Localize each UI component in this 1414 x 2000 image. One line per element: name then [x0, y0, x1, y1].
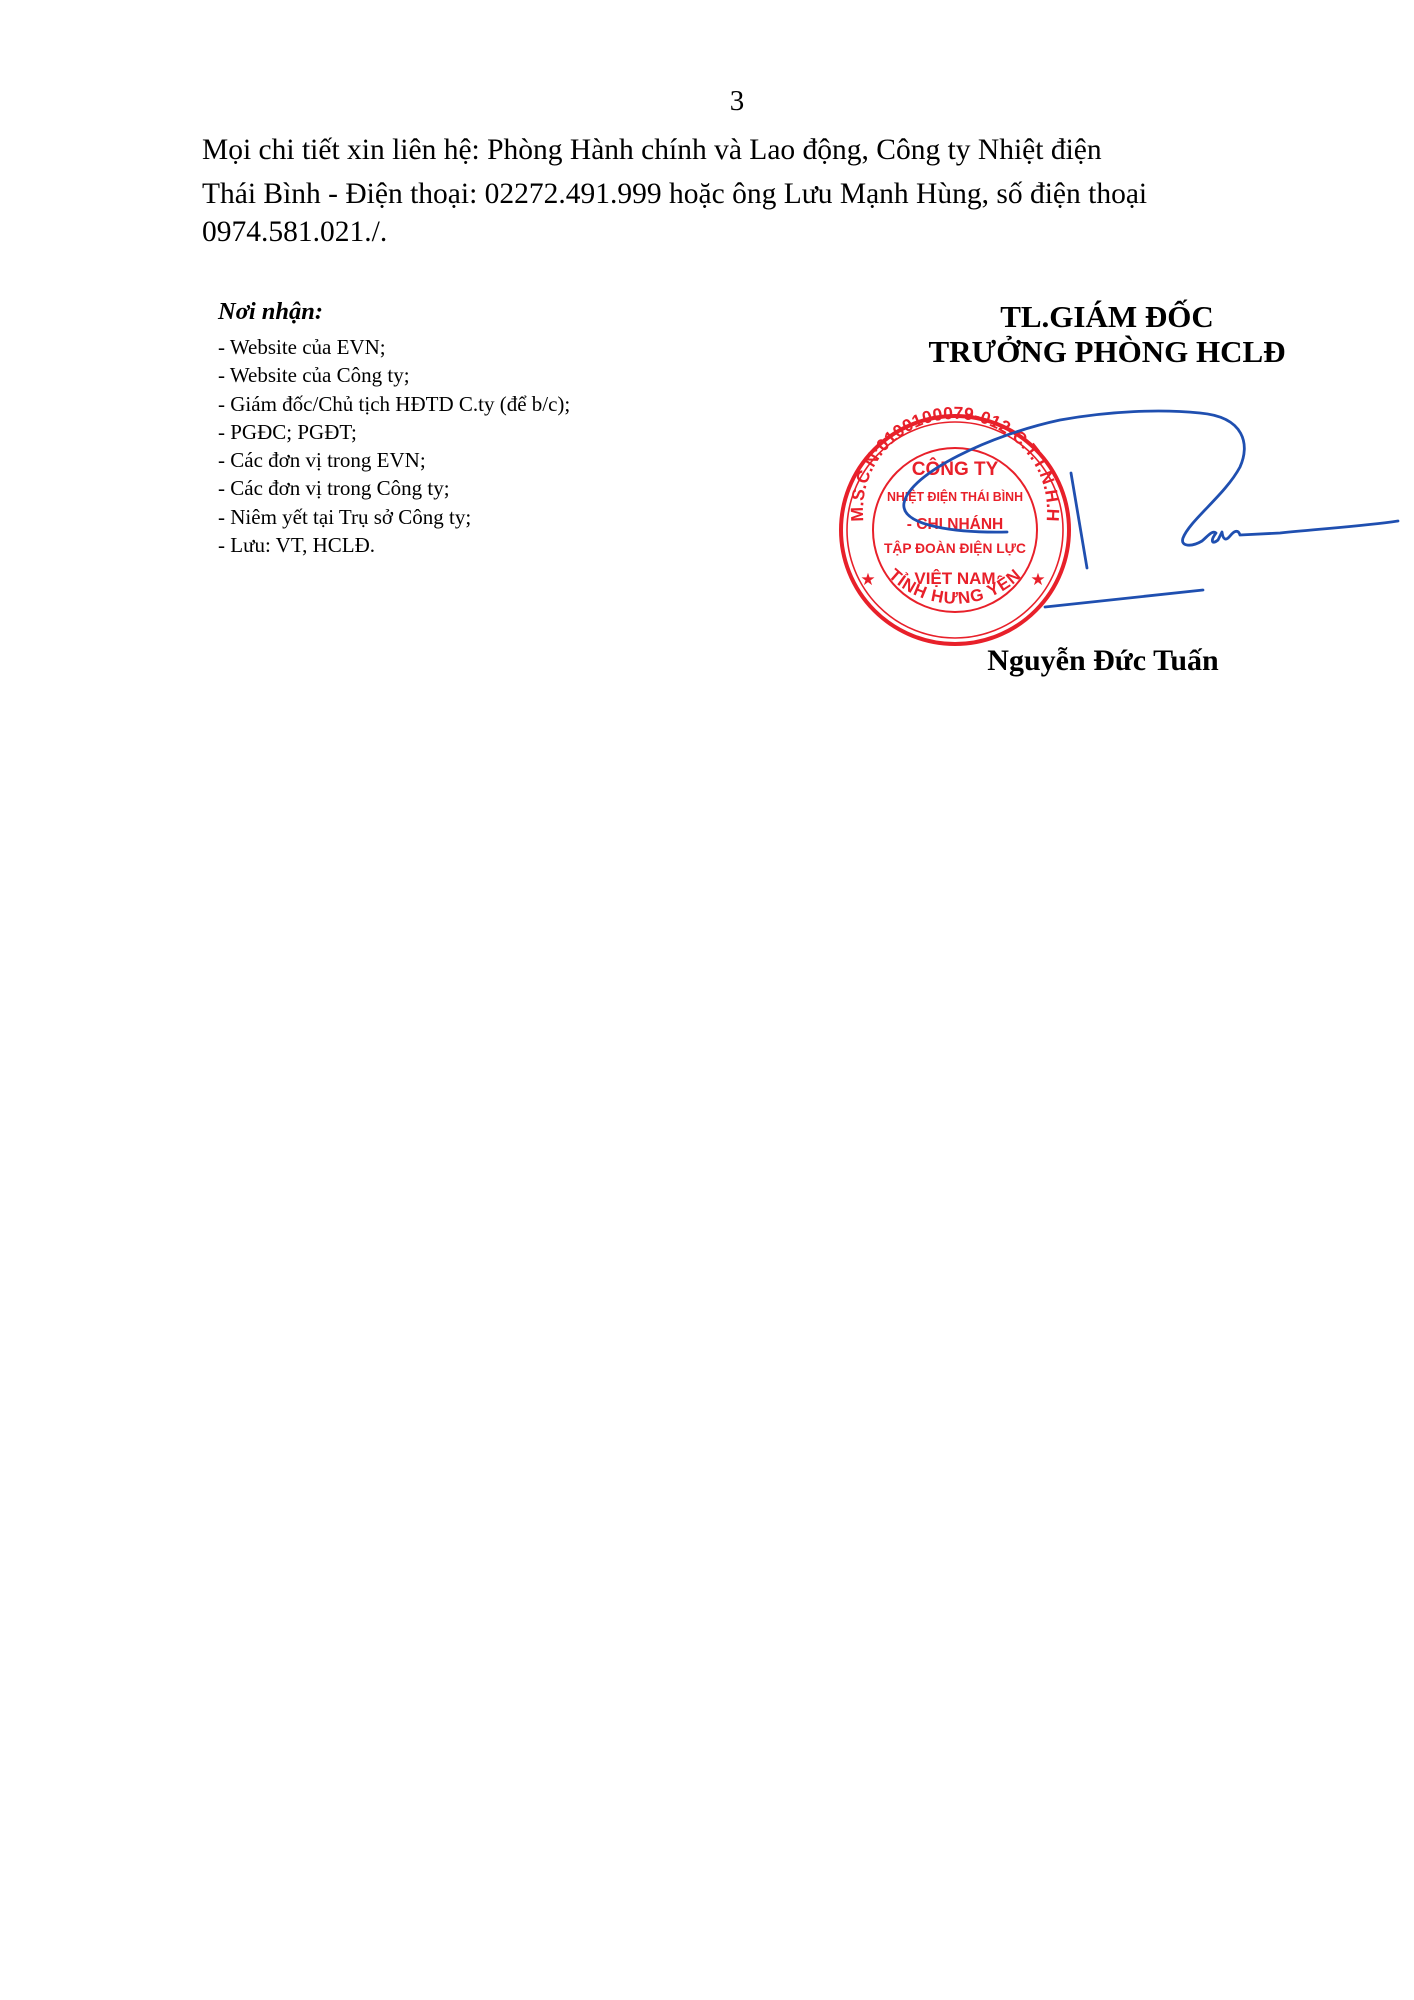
recipient-item: - PGĐC; PGĐT; [218, 418, 570, 446]
recipient-item: - Giám đốc/Chủ tịch HĐTD C.ty (để b/c); [218, 390, 570, 418]
signer-name: Nguyễn Đức Tuấn [880, 643, 1326, 679]
recipient-item: - Niêm yết tại Trụ sở Công ty; [218, 503, 570, 531]
recipient-item: - Lưu: VT, HCLĐ. [218, 531, 570, 559]
recipients-heading: Nơi nhận: [218, 297, 323, 327]
svg-text:VIỆT NAM: VIỆT NAM [914, 569, 995, 588]
stamp-and-signature: M.S.C.N:0100100079-012-C.T.T.N.H.H TỈNH … [820, 395, 1414, 655]
star-icon: ★ [860, 570, 875, 589]
svg-text:TẬP ĐOÀN ĐIỆN LỰC: TẬP ĐOÀN ĐIỆN LỰC [884, 541, 1026, 556]
recipient-item: - Các đơn vị trong Công ty; [218, 474, 570, 502]
recipient-item: - Website của Công ty; [218, 361, 570, 389]
signer-title-line-1: TL.GIÁM ĐỐC [880, 299, 1334, 335]
recipient-item: - Các đơn vị trong EVN; [218, 446, 570, 474]
page-number: 3 [0, 84, 1414, 118]
signer-title-line-2: TRƯỞNG PHÒNG HCLĐ [880, 334, 1334, 370]
star-icon: ★ [1030, 570, 1045, 589]
recipients-list: - Website của EVN; - Website của Công ty… [218, 333, 570, 559]
contact-paragraph-line-3: 0974.581.021./. [202, 215, 387, 249]
company-seal-icon: M.S.C.N:0100100079-012-C.T.T.N.H.H TỈNH … [841, 403, 1069, 644]
contact-paragraph-line-2: Thái Bình - Điện thoại: 02272.491.999 ho… [202, 177, 1147, 211]
recipient-item: - Website của EVN; [218, 333, 570, 361]
contact-paragraph-line-1: Mọi chi tiết xin liên hệ: Phòng Hành chí… [202, 133, 1102, 167]
